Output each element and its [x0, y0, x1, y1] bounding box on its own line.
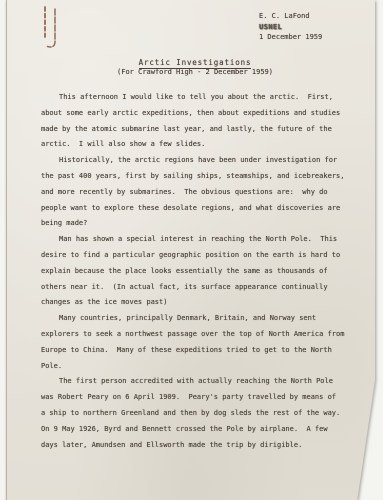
paragraph-northwest-passage: Many countries, principally Denmark, Bri…	[41, 311, 349, 374]
title-row: Arctic Investigations	[41, 50, 349, 69]
paragraph-history: Historically, the arctic regions have be…	[41, 153, 349, 232]
scanned-document: E. C. LaFond USNEL 1 December 1959 Arcti…	[0, 0, 383, 500]
document-subtitle: (For Crawford High - 2 December 1959)	[41, 68, 349, 76]
paragraph-peary-expeditions: The first person accredited with actuall…	[41, 374, 349, 453]
paragraph-north-pole-interest: Man has shown a special interest in reac…	[41, 232, 349, 311]
paper-sheet: E. C. LaFond USNEL 1 December 1959 Arcti…	[6, 0, 375, 500]
author-name: E. C. LaFond	[259, 11, 322, 22]
paragraph-intro: This afternoon I would like to tell you …	[41, 90, 349, 153]
document-body: This afternoon I would like to tell you …	[41, 90, 349, 453]
document-date: 1 December 1959	[259, 32, 322, 43]
organization-name: USNEL	[259, 22, 322, 33]
letterhead: E. C. LaFond USNEL 1 December 1959	[259, 11, 322, 43]
paper-shadow: E. C. LaFond USNEL 1 December 1959 Arcti…	[0, 0, 383, 500]
handwritten-ink-mark	[35, 4, 67, 56]
